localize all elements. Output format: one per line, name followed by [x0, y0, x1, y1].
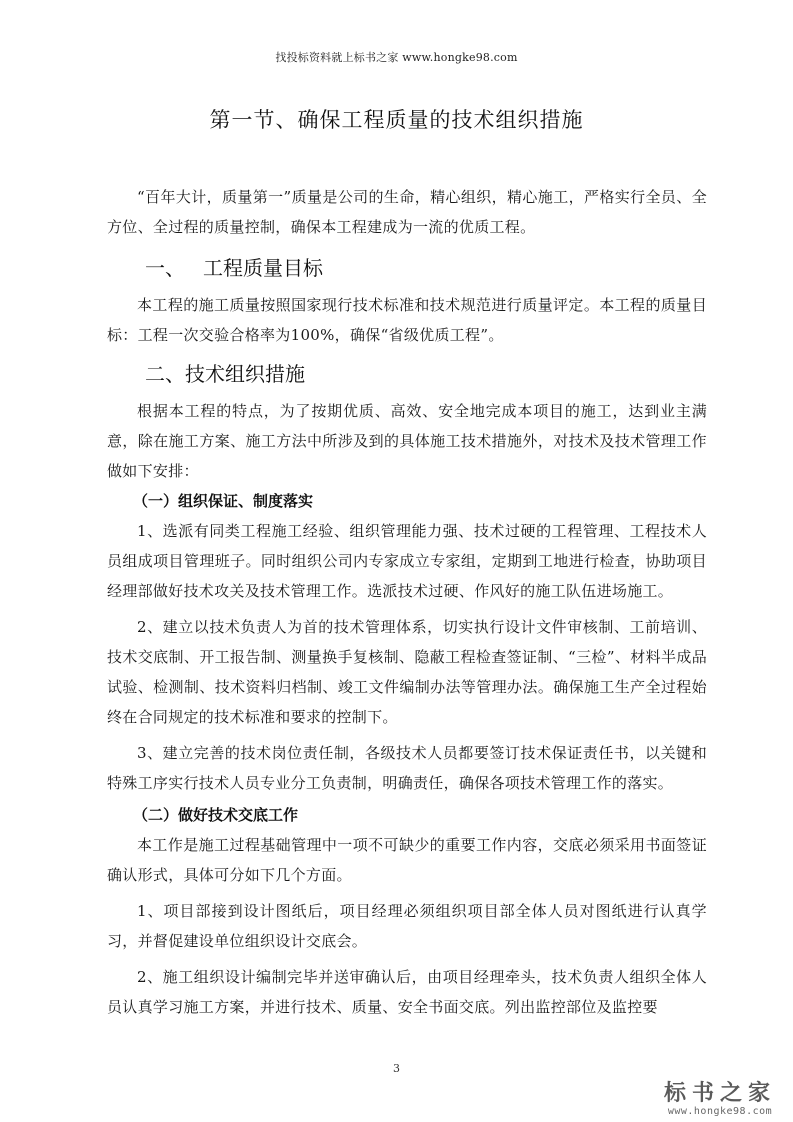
document-title: 第一节、确保工程质量的技术组织措施	[0, 104, 793, 134]
page-header: 找投标资料就上标书之家 www.hongke98.com	[0, 49, 793, 65]
section-number: 一、	[145, 250, 203, 286]
intro-paragraph: “百年大计，质量第一”质量是公司的生命，精心组织，精心施工，严格实行全员、全方位…	[107, 182, 707, 242]
watermark-logo: 标书之家 www.hongke98.com	[650, 1082, 790, 1117]
section-title: 工程质量目标	[203, 256, 323, 280]
quality-goal-paragraph: 本工程的施工质量按照国家现行技术标准和技术规范进行质量评定。本工程的质量目标：工…	[107, 290, 707, 350]
document-body: “百年大计，质量第一”质量是公司的生命，精心组织，精心施工，严格实行全员、全方位…	[107, 182, 707, 1022]
tech-briefing-item-2: 2、施工组织设计编制完毕并送审确认后，由项目经理牵头，技术负责人组织全体人员认真…	[107, 962, 707, 1022]
organization-item-3: 3、建立完善的技术岗位责任制，各级技术人员都要签订技术保证责任书，以关键和特殊工…	[107, 738, 707, 798]
subsection-heading-tech-briefing: （二）做好技术交底工作	[107, 800, 707, 830]
page-number: 3	[0, 1062, 793, 1075]
organization-item-1: 1、选派有同类工程施工经验、组织管理能力强、技术过硬的工程管理、工程技术人员组成…	[107, 516, 707, 606]
subsection-heading-organization: （一）组织保证、制度落实	[107, 486, 707, 516]
watermark-brand: 标书之家	[650, 1082, 790, 1106]
tech-measures-paragraph: 根据本工程的特点，为了按期优质、高效、安全地完成本项目的施工，达到业主满意，除在…	[107, 396, 707, 486]
section-heading-quality-goal: 一、工程质量目标	[107, 250, 707, 286]
watermark-url: www.hongke98.com	[650, 1106, 790, 1117]
organization-item-2: 2、建立以技术负责人为首的技术管理体系，切实执行设计文件审核制、工前培训、技术交…	[107, 612, 707, 732]
tech-briefing-paragraph: 本工作是施工过程基础管理中一项不可缺少的重要工作内容，交底必须采用书面签证确认形…	[107, 830, 707, 890]
tech-briefing-item-1: 1、项目部接到设计图纸后，项目经理必须组织项目部全体人员对图纸进行认真学习，并督…	[107, 896, 707, 956]
section-heading-tech-measures: 二、技术组织措施	[107, 356, 707, 392]
